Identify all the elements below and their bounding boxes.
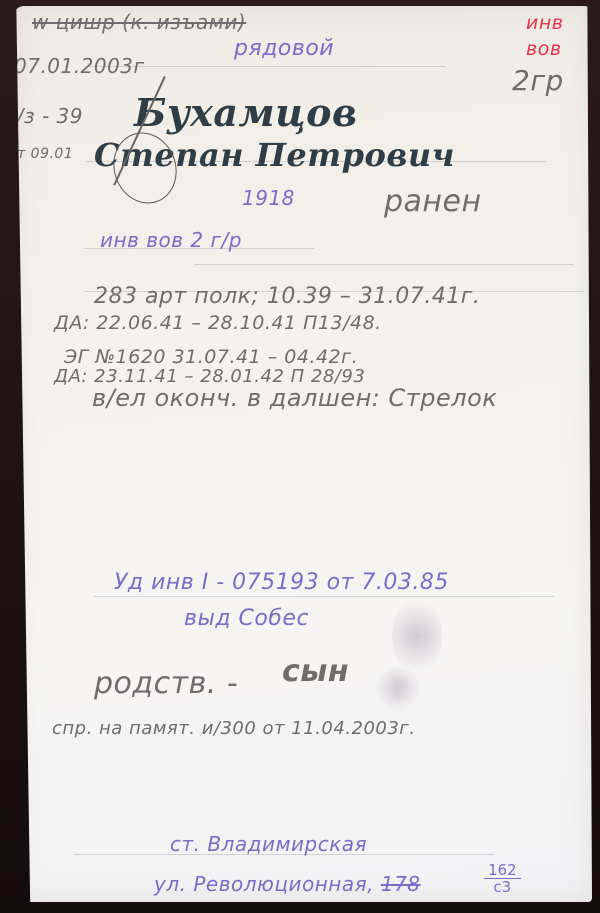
address-fraction: 162 с3 [484,862,521,895]
service-line-3: ЭГ №1620 31.07.41 – 04.42г. [64,346,358,368]
crossed-out-note: w цишр (к. изъами) [32,10,246,34]
memory-book-note: спр. на памят. и/300 от 11.04.2003г. [52,718,416,739]
service-line-1: 283 арт полк; 10.39 – 31.07.41г. [94,284,480,309]
certificate-line-2: выд Собес [184,606,309,631]
stain [392,596,442,676]
fraction-top: 162 [484,862,521,879]
address-line-2: ул. Революционная, 178 [154,872,421,896]
top-date: 07.01.2003г [14,54,145,78]
ruled-line [194,264,574,265]
address-crossed-number: 178 [381,872,421,896]
service-line-2: ДА: 22.06.41 – 28.10.41 П13/48. [54,312,382,334]
service-line-5: в/ел оконч. в далшен: Стрелок [92,384,497,412]
relatives-label: родств. - [94,666,238,701]
surname: Бухамцов [134,90,357,135]
rank: рядовой [234,36,334,61]
disability-group: инв вов 2 г/р [100,228,242,252]
status-wounded: ранен [384,184,482,219]
birth-year: 1918 [242,186,295,210]
record-card: w цишр (к. изъами) 07.01.2003г рядовой и… [14,6,592,902]
certificate-line-1: Уд инв I - 075193 от 7.03.85 [114,570,449,595]
corner-red-line-1: инв [526,12,563,34]
ruled-line [94,596,554,597]
address-line-1: ст. Владимирская [170,832,367,856]
address-street: ул. Революционная, [154,872,381,896]
stain [376,666,420,710]
relatives-value: сын [282,654,349,689]
fraction-bottom: с3 [493,879,511,895]
corner-red-line-2: вов [526,38,562,60]
corner-group: 2гр [512,64,564,97]
